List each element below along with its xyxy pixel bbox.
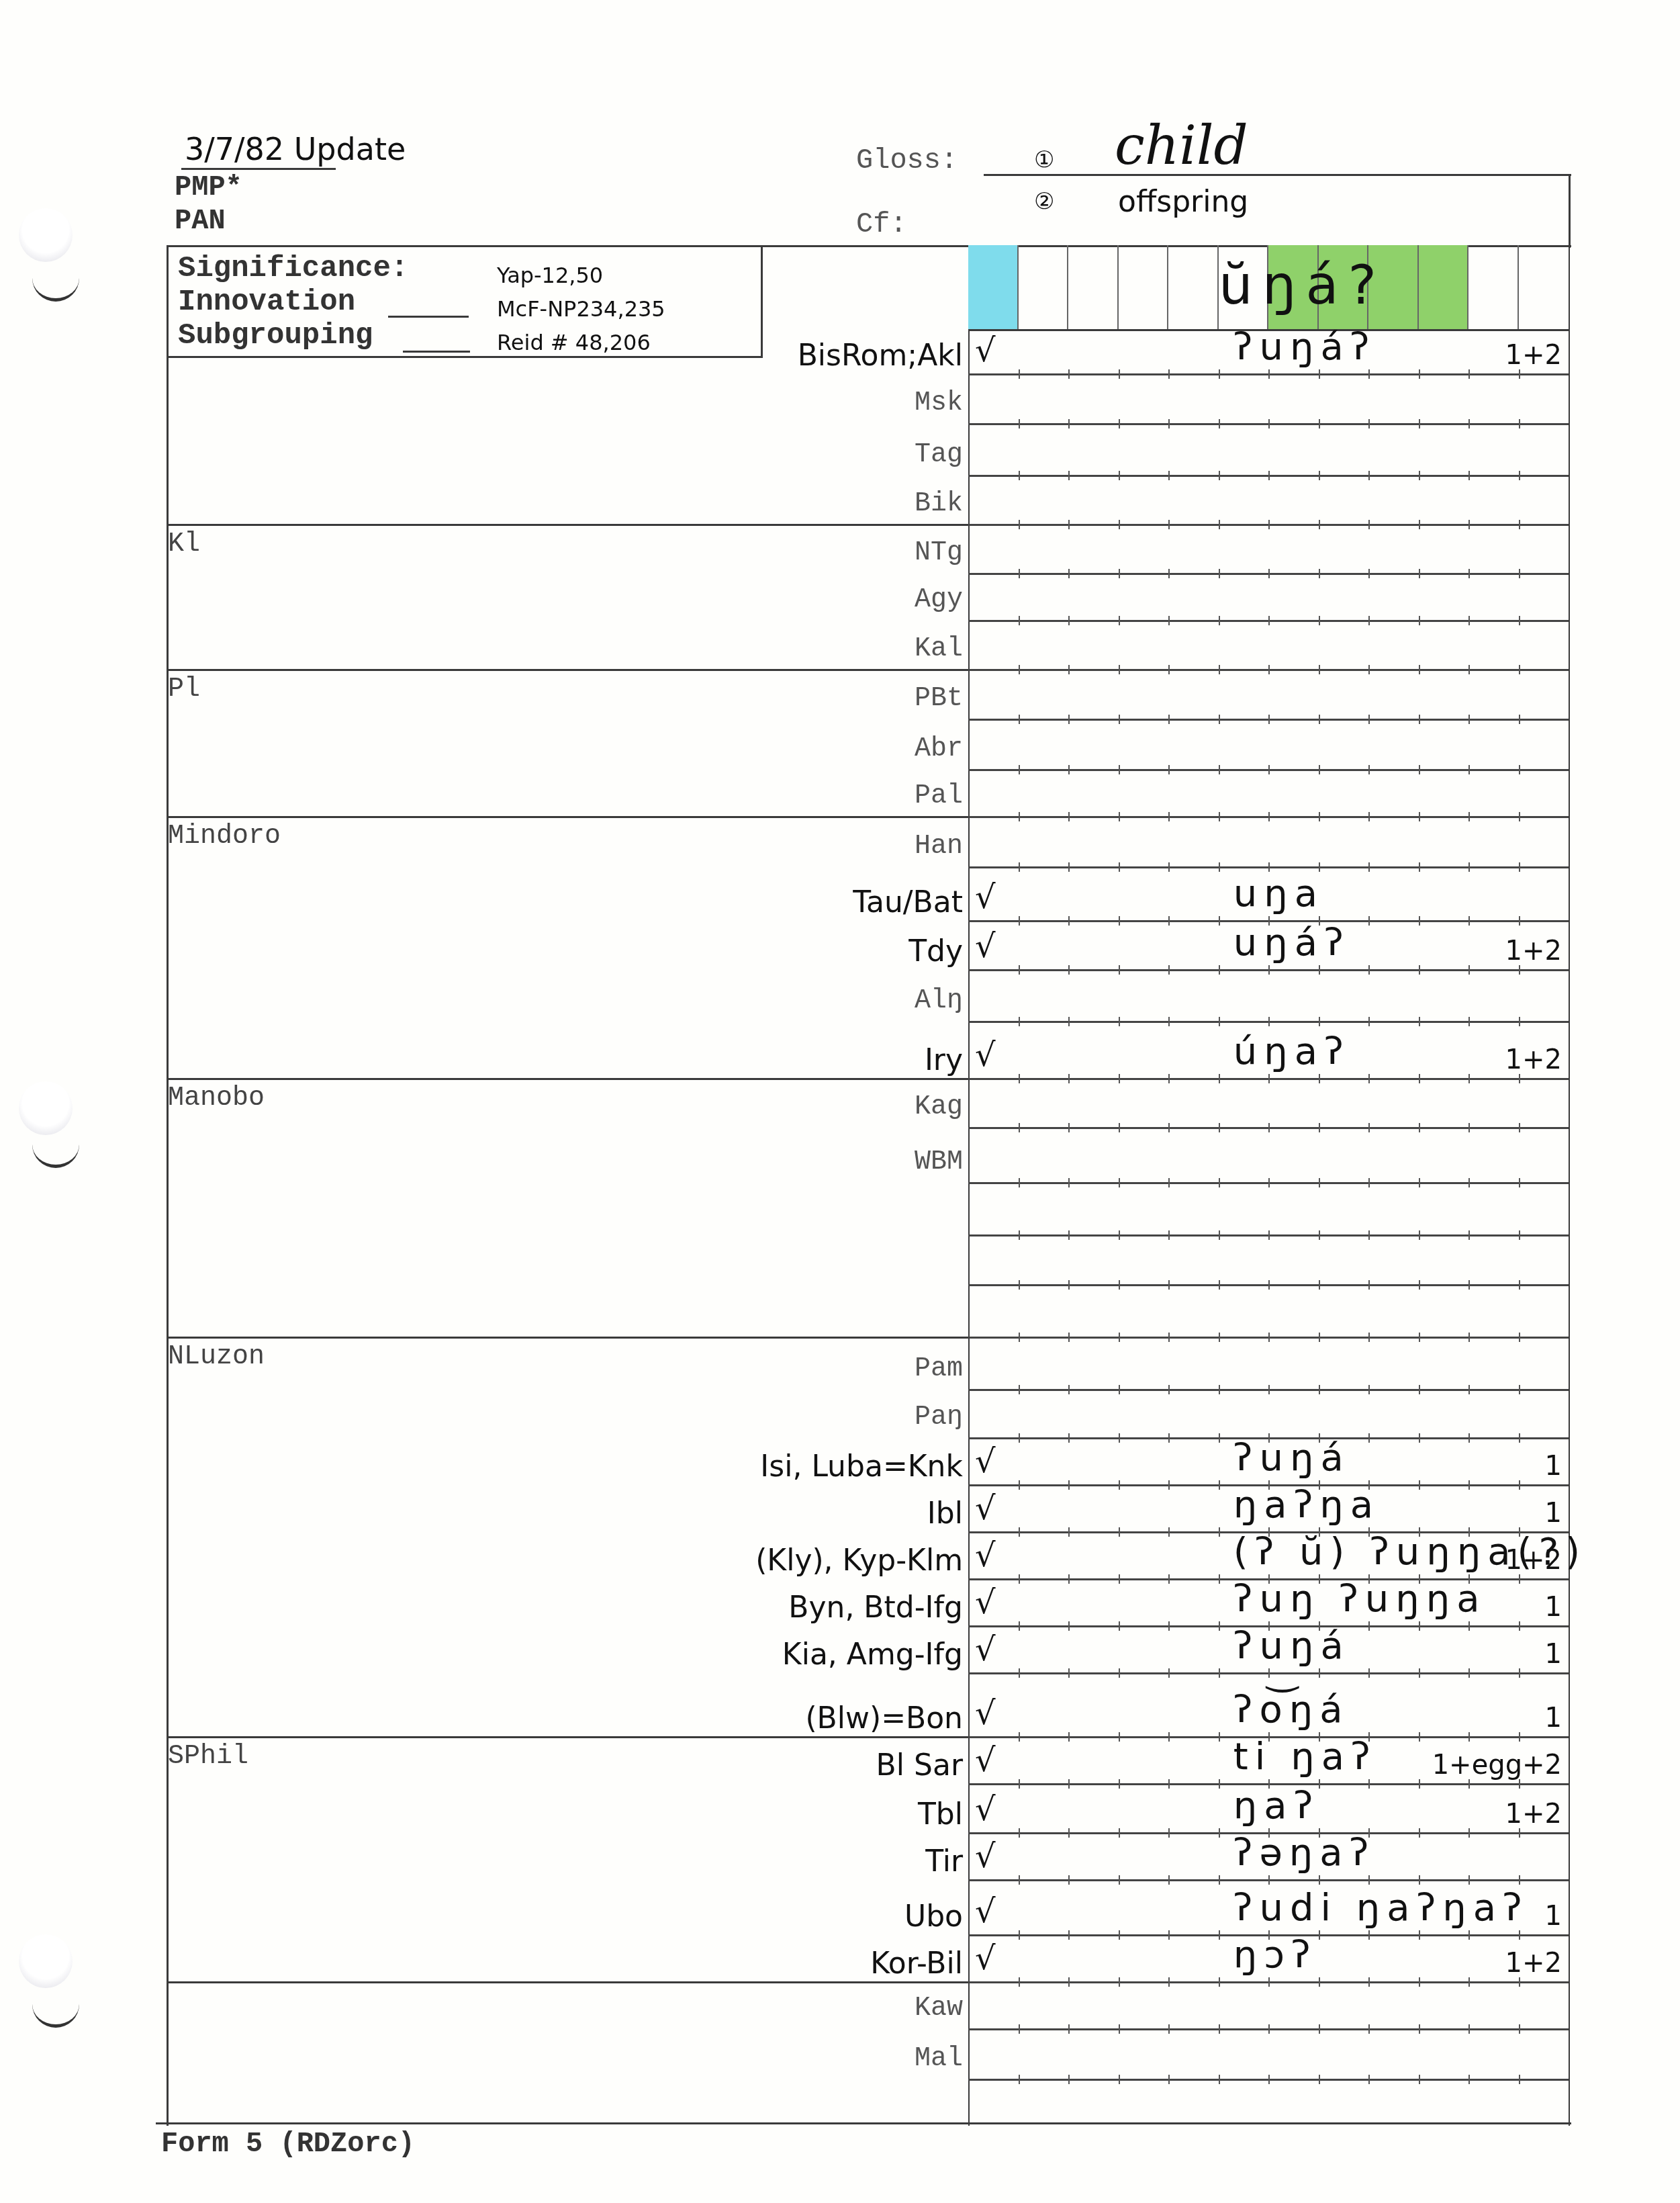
grid-tick	[1519, 665, 1520, 674]
grid-tick	[1068, 665, 1070, 674]
grid-tick	[1419, 471, 1420, 480]
grid-tick	[1219, 2024, 1220, 2034]
grid-tick	[1119, 1977, 1120, 1987]
grid-tick	[1319, 369, 1320, 379]
language-label: Kag	[915, 1092, 963, 1122]
grid-tick	[1419, 1123, 1420, 1132]
grid-tick	[1168, 471, 1170, 480]
grid-tick	[1419, 1621, 1420, 1631]
grid-tick	[1068, 569, 1070, 578]
grid-tick	[1068, 1668, 1070, 1678]
grid-tick	[1019, 916, 1020, 926]
cognate-form: ʔuŋáʔ	[1233, 325, 1376, 369]
grid-tick	[1019, 1779, 1020, 1789]
grid-tick	[1368, 1280, 1370, 1290]
grid-tick	[1219, 1527, 1220, 1537]
cognate-form: ti ŋaʔ	[1233, 1735, 1377, 1779]
grid-tick	[1019, 1480, 1020, 1490]
binder-hole-shadow	[32, 275, 79, 302]
grid-tick	[1368, 471, 1370, 480]
grid-tick	[1119, 1230, 1120, 1240]
gloss-reference: 1+2	[1505, 936, 1562, 966]
left-border	[167, 245, 169, 2126]
grid-tick	[1019, 1732, 1020, 1742]
grid-tick	[1419, 2075, 1420, 2084]
grid-tick	[1319, 1230, 1320, 1240]
grid-tick	[1168, 1828, 1170, 1838]
grid-tick	[1068, 1977, 1070, 1987]
grid-tick	[1419, 1480, 1420, 1490]
language-label: Tbl	[918, 1797, 963, 1832]
grid-tick	[1068, 616, 1070, 625]
grid-tick	[1368, 616, 1370, 625]
grid-tick	[1068, 1017, 1070, 1026]
grid-tick	[1168, 616, 1170, 625]
grid-tick	[1319, 616, 1320, 625]
grid-tick	[1268, 965, 1270, 975]
grid-tick	[1468, 1668, 1470, 1678]
grid-tick	[1119, 965, 1120, 975]
grid-tick	[1368, 2024, 1370, 2034]
grid-tick	[1168, 1433, 1170, 1443]
check-mark: √	[975, 928, 996, 965]
grid-left-border	[968, 245, 970, 2126]
cognate-form: ʔuŋ ʔuŋŋa	[1233, 1577, 1487, 1621]
grid-tick	[1119, 1621, 1120, 1631]
cognate-form: úŋaʔ	[1233, 1030, 1350, 1073]
grid-tick	[1319, 1280, 1320, 1290]
check-mark: √	[975, 1695, 996, 1732]
grid-tick	[1268, 765, 1270, 774]
grid-tick	[1368, 369, 1370, 379]
grid-tick	[1268, 1385, 1270, 1394]
grid-tick	[1219, 1621, 1220, 1631]
language-label: Abr	[915, 734, 963, 764]
check-mark: √	[975, 1537, 996, 1574]
grid-tick	[1319, 2075, 1320, 2084]
gloss-text-2: offspring	[1118, 185, 1248, 219]
grid-tick	[1219, 1333, 1220, 1342]
grid-tick	[1219, 1280, 1220, 1290]
binder-hole	[19, 1081, 73, 1135]
grid-tick	[1068, 471, 1070, 480]
grid-tick	[1468, 665, 1470, 674]
significance-refs: Yap-12,50 McF-NP234,235 Reid # 48,206	[497, 259, 665, 359]
grid-tick	[1419, 1074, 1420, 1083]
reconstruction-cell	[1068, 245, 1119, 329]
grid-tick	[1168, 1779, 1170, 1789]
grid-tick	[1468, 1123, 1470, 1132]
grid-tick	[1019, 1668, 1020, 1678]
grid-tick	[1219, 1779, 1220, 1789]
grid-tick	[1319, 419, 1320, 429]
language-label: Alŋ	[915, 986, 963, 1016]
grid-tick	[1119, 765, 1120, 774]
language-label: Kaw	[915, 1993, 963, 2024]
grid-tick	[1219, 520, 1220, 529]
grid-tick	[1419, 1875, 1420, 1885]
grid-tick	[1168, 1017, 1170, 1026]
grid-tick	[1268, 569, 1270, 578]
grid-tick	[1019, 1230, 1020, 1240]
reconstruction-form: ŭŋá?	[1219, 254, 1386, 316]
grid-tick	[1419, 1668, 1420, 1678]
grid-tick	[1219, 1977, 1220, 1987]
grid-tick	[1519, 1433, 1520, 1443]
grid-tick	[1468, 1230, 1470, 1240]
grid-tick	[1119, 1875, 1120, 1885]
grid-tick	[1419, 1732, 1420, 1742]
grid-tick	[1368, 665, 1370, 674]
grid-tick	[1468, 1074, 1470, 1083]
language-label: (Kly), Kyp-Klm	[755, 1543, 963, 1578]
grid-tick	[1119, 1779, 1120, 1789]
grid-tick	[1368, 1123, 1370, 1132]
check-mark: √	[975, 1490, 996, 1527]
cognate-form: ŋaʔŋa	[1233, 1483, 1380, 1527]
grid-tick	[1119, 1333, 1120, 1342]
grid-tick	[1168, 1280, 1170, 1290]
gloss-reference: 1	[1545, 1451, 1562, 1482]
grid-tick	[1068, 2024, 1070, 2034]
grid-tick	[1368, 1333, 1370, 1342]
check-mark: √	[975, 1631, 996, 1668]
grid-tick	[1168, 916, 1170, 926]
grid-tick	[1219, 1385, 1220, 1394]
grid-tick	[1519, 1230, 1520, 1240]
grid-tick	[1368, 965, 1370, 975]
grid-tick	[1468, 569, 1470, 578]
language-label: Byn, Btd-Ifg	[788, 1590, 963, 1625]
language-label: Iry	[925, 1043, 963, 1077]
grid-tick	[1019, 1333, 1020, 1342]
grid-tick	[1419, 1280, 1420, 1290]
reconstruction-cell	[1519, 245, 1569, 329]
grid-tick	[1368, 862, 1370, 872]
grid-tick	[1319, 965, 1320, 975]
grid-tick	[1519, 1930, 1520, 1940]
grid-tick	[1068, 1123, 1070, 1132]
grid-tick	[1019, 1123, 1020, 1132]
grid-tick	[1168, 520, 1170, 529]
grid-tick	[1019, 1017, 1020, 1026]
grid-tick	[1168, 1574, 1170, 1584]
language-label: Tdy	[908, 934, 963, 969]
grid-tick	[1119, 2075, 1120, 2084]
grid-tick	[1219, 812, 1220, 821]
grid-tick	[1468, 1930, 1470, 1940]
grid-tick	[1068, 765, 1070, 774]
grid-tick	[1268, 665, 1270, 674]
grid-tick	[1519, 1123, 1520, 1132]
gloss-reference: 1+2	[1505, 1545, 1562, 1576]
grid-tick	[1368, 715, 1370, 724]
gloss-marker-2: ②	[1034, 188, 1054, 215]
grid-tick	[1468, 765, 1470, 774]
pan-label: PAN	[175, 205, 226, 237]
grid-tick	[1468, 1280, 1470, 1290]
reconstruction-cell	[1019, 245, 1069, 329]
grid-tick	[1268, 1875, 1270, 1885]
grid-tick	[1168, 1930, 1170, 1940]
grid-tick	[1519, 1977, 1520, 1987]
grid-tick	[1368, 1433, 1370, 1443]
grid-tick	[1219, 1574, 1220, 1584]
grid-tick	[1119, 1074, 1120, 1083]
grid-tick	[1168, 1732, 1170, 1742]
grid-tick	[1519, 1828, 1520, 1838]
ref-reid: Reid # 48,206	[497, 326, 665, 359]
grid-tick	[1368, 916, 1370, 926]
gloss-marker-1: ①	[1034, 146, 1054, 173]
grid-tick	[1468, 1875, 1470, 1885]
check-mark: √	[975, 1036, 996, 1074]
grid-tick	[1468, 471, 1470, 480]
language-label: Tir	[925, 1844, 963, 1879]
grid-tick	[1519, 1480, 1520, 1490]
grid-tick	[1019, 1385, 1020, 1394]
grid-tick	[1019, 1977, 1020, 1987]
grid-tick	[1168, 369, 1170, 379]
grid-tick	[1319, 1977, 1320, 1987]
grid-tick	[1119, 1433, 1120, 1443]
grid-tick	[1219, 715, 1220, 724]
form-label: Form 5 (RDZorc)	[161, 2128, 415, 2160]
grid-tick	[1519, 1333, 1520, 1342]
grid-tick	[1268, 1668, 1270, 1678]
grid-tick	[1168, 715, 1170, 724]
grid-tick	[1519, 765, 1520, 774]
section-label: Kl	[168, 529, 200, 559]
grid-tick	[1068, 916, 1070, 926]
grid-tick	[1368, 419, 1370, 429]
grid-tick	[1519, 2075, 1520, 2084]
grid-tick	[1268, 369, 1270, 379]
significance-label: Significance:	[178, 252, 408, 285]
language-label: Bl Sar	[876, 1748, 963, 1783]
grid-tick	[1368, 2075, 1370, 2084]
grid-tick	[1068, 1280, 1070, 1290]
language-label: Bik	[915, 489, 963, 519]
grid-tick	[1219, 665, 1220, 674]
grid-tick	[1468, 715, 1470, 724]
grid-tick	[1319, 520, 1320, 529]
check-mark: √	[975, 1893, 996, 1930]
binder-hole-shadow	[32, 2002, 79, 2028]
gloss-reference: 1+2	[1505, 1948, 1562, 1979]
grid-tick	[1219, 1433, 1220, 1443]
grid-tick	[1319, 862, 1320, 872]
grid-tick	[1368, 569, 1370, 578]
grid-tick	[1219, 419, 1220, 429]
cognate-form: ʔəŋaʔ	[1233, 1831, 1375, 1875]
grid-tick	[1468, 2024, 1470, 2034]
grid-tick	[1268, 1017, 1270, 1026]
language-label: Ubo	[904, 1899, 963, 1934]
language-label: Han	[915, 831, 963, 862]
grid-tick	[1219, 1875, 1220, 1885]
check-mark: √	[975, 332, 996, 369]
language-label: Kal	[915, 634, 963, 664]
ref-mcf: McF-NP234,235	[497, 292, 665, 326]
grid-tick	[1168, 862, 1170, 872]
grid-tick	[1019, 1178, 1020, 1187]
grid-tick	[1219, 1930, 1220, 1940]
language-label: Isi, Luba=Knk	[760, 1449, 963, 1484]
grid-tick	[1468, 1178, 1470, 1187]
grid-tick	[1219, 369, 1220, 379]
gloss-reference: 1	[1545, 1592, 1562, 1623]
grid-tick	[1519, 715, 1520, 724]
cognate-form: uŋáʔ	[1233, 921, 1350, 964]
grid-tick	[1468, 1385, 1470, 1394]
grid-tick	[1519, 1178, 1520, 1187]
check-mark: √	[975, 1443, 996, 1480]
grid-tick	[1068, 812, 1070, 821]
grid-tick	[1219, 1074, 1220, 1083]
grid-tick	[1319, 812, 1320, 821]
grid-tick	[1119, 715, 1120, 724]
gloss-box-edge	[1569, 174, 1571, 248]
grid-tick	[1019, 520, 1020, 529]
grid-tick	[1119, 1732, 1120, 1742]
grid-tick	[1019, 715, 1020, 724]
grid-tick	[1219, 1178, 1220, 1187]
grid-tick	[1119, 812, 1120, 821]
grid-tick	[1268, 715, 1270, 724]
grid-tick	[1368, 1074, 1370, 1083]
grid-tick	[1068, 2075, 1070, 2084]
grid-tick	[1019, 1875, 1020, 1885]
grid-tick	[1319, 665, 1320, 674]
section-divider	[167, 1078, 968, 1080]
grid-tick	[1219, 1828, 1220, 1838]
grid-tick	[1219, 569, 1220, 578]
grid-tick	[1168, 1668, 1170, 1678]
grid-tick	[1219, 1732, 1220, 1742]
cognate-form: ʔudi ŋaʔŋaʔ	[1233, 1886, 1529, 1930]
grid-tick	[1168, 665, 1170, 674]
grid-tick	[1519, 471, 1520, 480]
grid-tick	[1019, 765, 1020, 774]
grid-tick	[1468, 2075, 1470, 2084]
grid-tick	[1119, 369, 1120, 379]
grid-tick	[1268, 1123, 1270, 1132]
grid-tick	[1219, 1017, 1220, 1026]
grid-tick	[1119, 1480, 1120, 1490]
grid-tick	[1119, 2024, 1120, 2034]
grid-tick	[1019, 1074, 1020, 1083]
section-divider	[167, 1337, 968, 1339]
grid-tick	[1068, 419, 1070, 429]
grid-tick	[1419, 812, 1420, 821]
grid-tick	[1119, 1017, 1120, 1026]
grid-tick	[1468, 1333, 1470, 1342]
grid-tick	[1119, 862, 1120, 872]
grid-tick	[1368, 1230, 1370, 1240]
grid-tick	[1019, 1433, 1020, 1443]
grid-tick	[1168, 1527, 1170, 1537]
grid-tick	[1219, 862, 1220, 872]
grid-tick	[1268, 2024, 1270, 2034]
grid-tick	[1168, 1480, 1170, 1490]
grid-tick	[1419, 1828, 1420, 1838]
check-mark: √	[975, 1940, 996, 1977]
grid-tick	[1119, 665, 1120, 674]
grid-tick	[1119, 1178, 1120, 1187]
grid-tick	[1019, 569, 1020, 578]
date-note: 3/7/82 Update	[185, 131, 406, 167]
grid-tick	[1268, 520, 1270, 529]
grid-tick	[1319, 1930, 1320, 1940]
grid-tick	[1268, 1178, 1270, 1187]
language-label: Paŋ	[915, 1402, 963, 1433]
grid-tick	[1219, 616, 1220, 625]
grid-tick	[1219, 1480, 1220, 1490]
grid-tick	[1219, 1668, 1220, 1678]
grid-tick	[1219, 965, 1220, 975]
grid-tick	[1068, 862, 1070, 872]
grid-tick	[1168, 812, 1170, 821]
section-divider	[167, 669, 968, 671]
gloss-text-1: child	[1115, 114, 1248, 177]
grid-tick	[1268, 1333, 1270, 1342]
grid-tick	[1468, 419, 1470, 429]
grid-tick	[1468, 1977, 1470, 1987]
grid-tick	[1168, 765, 1170, 774]
grid-tick	[1119, 419, 1120, 429]
check-mark: √	[975, 1742, 996, 1779]
grid-tick	[1519, 812, 1520, 821]
gloss-reference: 1+egg+2	[1432, 1750, 1562, 1781]
grid-tick	[1368, 520, 1370, 529]
cognate-form: ʔuŋá	[1233, 1624, 1350, 1668]
grid-tick	[1419, 2024, 1420, 2034]
date-underline	[181, 168, 336, 170]
reconstruction-cell	[1468, 245, 1519, 329]
binder-hole-shadow	[32, 1142, 79, 1168]
grid-tick	[1319, 1074, 1320, 1083]
bottom-rule	[156, 2122, 1571, 2124]
grid-tick	[1068, 1732, 1070, 1742]
grid-tick	[1519, 965, 1520, 975]
grid-tick	[1268, 419, 1270, 429]
section-label: Manobo	[168, 1083, 265, 1114]
check-mark: √	[975, 1791, 996, 1828]
grid-tick	[1119, 471, 1120, 480]
language-label: Pal	[915, 781, 963, 811]
language-label: NTg	[915, 538, 963, 568]
grid-tick	[1268, 812, 1270, 821]
cf-label: Cf:	[856, 208, 907, 240]
grid-tick	[1019, 1574, 1020, 1584]
grid-tick	[1119, 616, 1120, 625]
grid-tick	[1419, 1230, 1420, 1240]
grid-tick	[1168, 1333, 1170, 1342]
cognate-form: ŋaʔ	[1233, 1784, 1319, 1828]
grid-tick	[1519, 1574, 1520, 1584]
grid-tick	[1319, 471, 1320, 480]
grid-tick	[1219, 1123, 1220, 1132]
grid-tick	[1268, 471, 1270, 480]
grid-tick	[1168, 1230, 1170, 1240]
grid-tick	[1019, 1280, 1020, 1290]
grid-tick	[1519, 916, 1520, 926]
significance-labels: Significance: Innovation Subgrouping	[178, 252, 408, 353]
grid-tick	[1419, 1017, 1420, 1026]
grid-tick	[1119, 1123, 1120, 1132]
grid-tick	[1519, 1875, 1520, 1885]
